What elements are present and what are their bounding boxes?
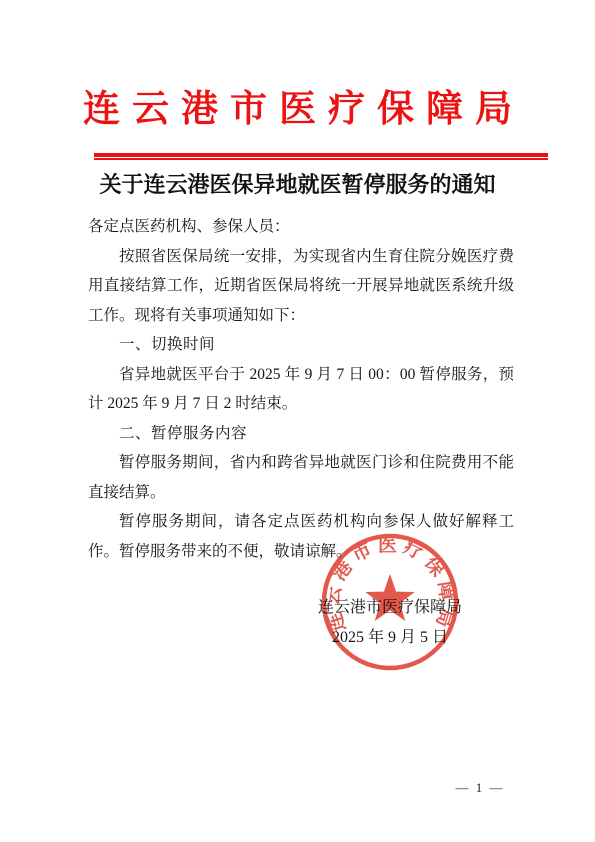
section-heading-2: 二、暂停服务内容 [88,419,514,449]
agency-header-title: 连云港市医疗保障局 [0,90,595,130]
section-heading-1: 一、切换时间 [88,330,514,360]
notice-document-page: 连云港市医疗保障局 关于连云港医保异地就医暂停服务的通知 各定点医药机构、参保人… [0,0,595,842]
header-divider-thin-line [94,158,548,160]
salutation: 各定点医药机构、参保人员： [88,212,514,242]
header-divider [94,153,548,160]
paragraph-apology: 暂停服务期间，请各定点医药机构向参保人做好解释工作。暂停服务带来的不便，敬请谅解… [88,507,514,566]
notice-title: 关于连云港医保异地就医暂停服务的通知 [0,172,595,198]
signature-block: 连云港市医疗保障局 2025 年 9 月 5 日 [289,593,491,652]
signature-date: 2025 年 9 月 5 日 [289,623,491,653]
paragraph-scope: 暂停服务期间，省内和跨省异地就医门诊和住院费用不能直接结算。 [88,448,514,507]
paragraph-intro: 按照省医保局统一安排，为实现省内生育住院分娩医疗费用直接结算工作，近期省医保局将… [88,242,514,331]
signature-agency: 连云港市医疗保障局 [289,593,491,623]
notice-body: 各定点医药机构、参保人员： 按照省医保局统一安排，为实现省内生育住院分娩医疗费用… [88,212,514,566]
page-number: — 1 — [448,780,512,796]
paragraph-time: 省异地就医平台于 2025 年 9 月 7 日 00：00 暂停服务，预计 20… [88,360,514,419]
